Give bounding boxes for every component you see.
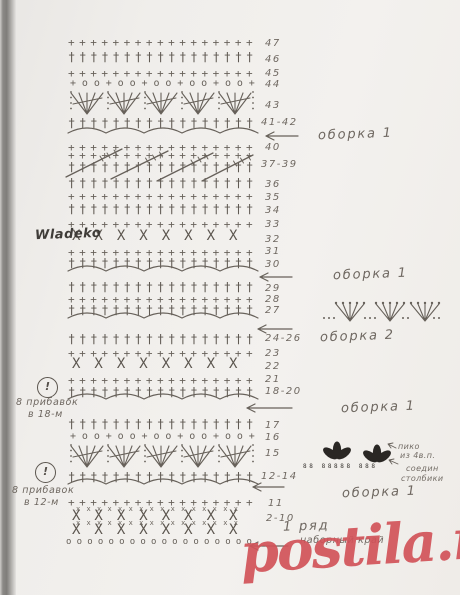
scanned-crochet-chart-page: +++++++++++++++++47†††††††††††††††††46++… bbox=[0, 0, 460, 595]
increase-exclamation-mark: ! bbox=[35, 462, 56, 483]
handwritten-note: оборка 1 bbox=[342, 484, 417, 502]
artist-watermark: Wladeko bbox=[35, 226, 102, 243]
handwritten-annotations-layer: оборка 1оборка 1оборка 2оборка 1оборка 1… bbox=[0, 0, 460, 595]
increase-exclamation-mark: ! bbox=[37, 377, 58, 398]
handwritten-note: оборка 1 bbox=[318, 126, 393, 144]
handwritten-note: оборка 1 bbox=[341, 399, 416, 417]
handwritten-note: оборка 2 bbox=[320, 328, 395, 346]
handwritten-note: оборка 1 bbox=[333, 266, 408, 284]
handwritten-note: пико bbox=[398, 442, 420, 451]
handwritten-note: в 18-м bbox=[28, 409, 63, 420]
handwritten-note: столбики bbox=[401, 474, 443, 483]
handwritten-note: 8 прибавок bbox=[12, 485, 74, 496]
handwritten-note: в 12-м bbox=[24, 497, 59, 508]
handwritten-note: 8 прибавок bbox=[16, 397, 78, 408]
handwritten-note: соедин bbox=[406, 464, 439, 473]
handwritten-note: из 4в.п. bbox=[400, 451, 435, 460]
